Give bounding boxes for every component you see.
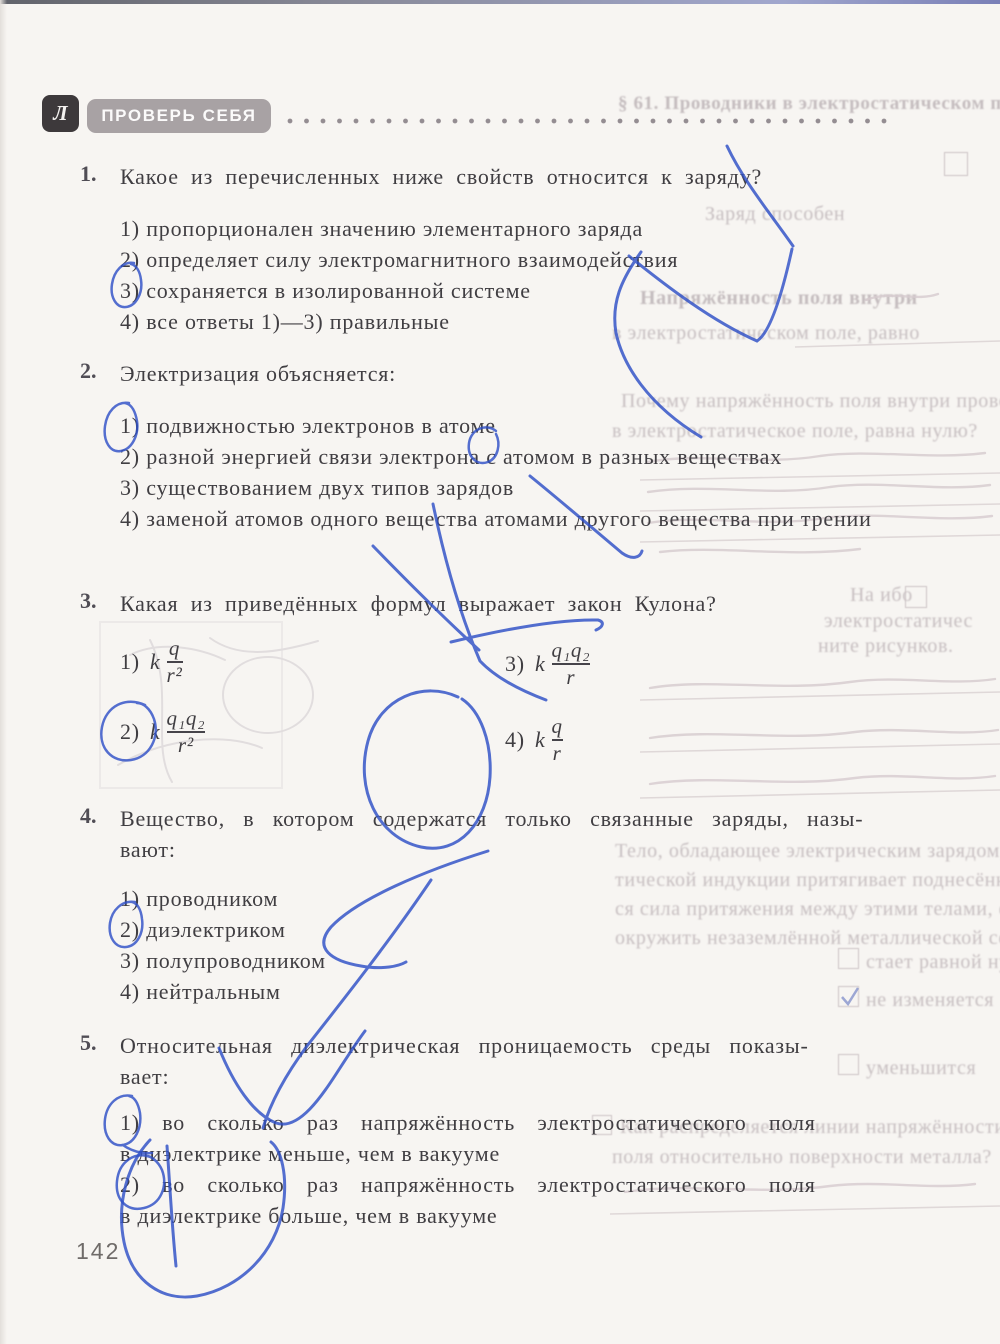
answer-option: 4) все ответы 1)—3) правильные bbox=[120, 306, 910, 337]
scan-left-edge bbox=[0, 0, 7, 1344]
formula-label: 2) bbox=[120, 716, 140, 747]
answer-option: 1) пропорционален значению элементарного… bbox=[120, 213, 910, 244]
fraction-denominator: r² bbox=[178, 734, 194, 757]
question-title-line: Вещество, в котором содержатся только св… bbox=[120, 803, 910, 834]
answer-option-line: в диэлектрике больше, чем в вакууме bbox=[120, 1200, 910, 1231]
answer-option: 3) сохраняется в изолированной системе bbox=[120, 275, 910, 306]
workbook-logo-letter: Л bbox=[53, 101, 67, 126]
question-title-line: вает: bbox=[120, 1061, 910, 1092]
fraction-numerator: q₁q₂ bbox=[552, 639, 591, 662]
scan-top-edge bbox=[0, 0, 1000, 4]
formula-option: 4) k q r bbox=[505, 715, 563, 765]
question-number: 5. bbox=[80, 1030, 97, 1056]
dotted-divider bbox=[287, 117, 889, 125]
answer-option: 2) диэлектриком bbox=[120, 914, 910, 945]
formula-coefficient: k bbox=[531, 648, 546, 679]
formula-option: 2) k q₁q₂ r² bbox=[120, 707, 205, 757]
fraction-numerator: q₁q₂ bbox=[167, 707, 206, 730]
question-title: Электризация объясняется: bbox=[120, 358, 910, 389]
question-title: Какая из приведённых формул выражает зак… bbox=[120, 588, 910, 619]
formula-label: 3) bbox=[505, 648, 525, 679]
fraction-denominator: r bbox=[553, 742, 562, 765]
answer-option: 2) разной энергией связи электрона с ато… bbox=[120, 441, 910, 472]
question-1: 1. Какое из перечисленных ниже свойств о… bbox=[80, 153, 910, 337]
fraction-numerator: q bbox=[169, 637, 180, 660]
question-4: 4. Вещество, в котором содержатся только… bbox=[80, 795, 910, 1007]
page-number: 142 bbox=[76, 1238, 120, 1265]
question-title-line: Относительная диэлектрическая проницаемо… bbox=[120, 1030, 910, 1061]
bleedthrough-badge-square bbox=[944, 152, 968, 176]
workbook-page: § 61. Проводники в электростатическом по… bbox=[0, 0, 1000, 1344]
fraction-denominator: r² bbox=[167, 664, 183, 687]
formula-option: 3) k q₁q₂ r bbox=[505, 639, 590, 689]
formula-coefficient: k bbox=[146, 646, 161, 677]
fraction-denominator: r bbox=[566, 666, 575, 689]
fraction: q₁q₂ r² bbox=[167, 707, 206, 757]
formula-coefficient: k bbox=[146, 716, 161, 747]
question-title: Какое из перечисленных ниже свойств отно… bbox=[120, 161, 910, 192]
answer-option-line: в диэлектрике меньше, чем в вакууме bbox=[120, 1138, 910, 1169]
answer-option: 3) существованием двух типов зарядов bbox=[120, 472, 910, 503]
question-number: 4. bbox=[80, 803, 97, 829]
formula-option: 1) k q r² bbox=[120, 637, 183, 687]
fraction: q r² bbox=[167, 637, 183, 687]
bleedthrough-line: § 61. Проводники в электростатическом по… bbox=[618, 93, 1000, 115]
answer-option: 3) полупроводником bbox=[120, 945, 910, 976]
fraction: q r bbox=[552, 715, 563, 765]
fraction-numerator: q bbox=[552, 715, 563, 738]
answer-option: 1) подвижностью электронов в атоме bbox=[120, 410, 910, 441]
answer-option: 2) определяет силу электромагнитного вза… bbox=[120, 244, 910, 275]
formula-label: 1) bbox=[120, 646, 140, 677]
question-title-line: вают: bbox=[120, 834, 910, 865]
question-number: 1. bbox=[80, 161, 97, 187]
question-number: 3. bbox=[80, 588, 97, 614]
answer-option: 1) проводником bbox=[120, 883, 910, 914]
formula-coefficient: k bbox=[531, 724, 546, 755]
check-yourself-badge-label: ПРОВЕРЬ СЕБЯ bbox=[101, 106, 256, 126]
question-2: 2. Электризация объясняется: 1) подвижно… bbox=[80, 350, 910, 534]
question-number: 2. bbox=[80, 358, 97, 384]
question-5: 5. Относительная диэлектрическая проница… bbox=[80, 1022, 910, 1231]
fraction: q₁q₂ r bbox=[552, 639, 591, 689]
answer-option: 4) нейтральным bbox=[120, 976, 910, 1007]
workbook-logo: Л bbox=[42, 95, 79, 132]
answer-option: 4) заменой атомов одного вещества атомам… bbox=[120, 503, 910, 534]
check-yourself-badge: ПРОВЕРЬ СЕБЯ bbox=[87, 99, 271, 133]
answer-option-line: 1) во сколько раз напряжённость электрос… bbox=[120, 1107, 910, 1138]
formula-label: 4) bbox=[505, 724, 525, 755]
answer-option-line: 2) во сколько раз напряжённость электрос… bbox=[120, 1169, 910, 1200]
